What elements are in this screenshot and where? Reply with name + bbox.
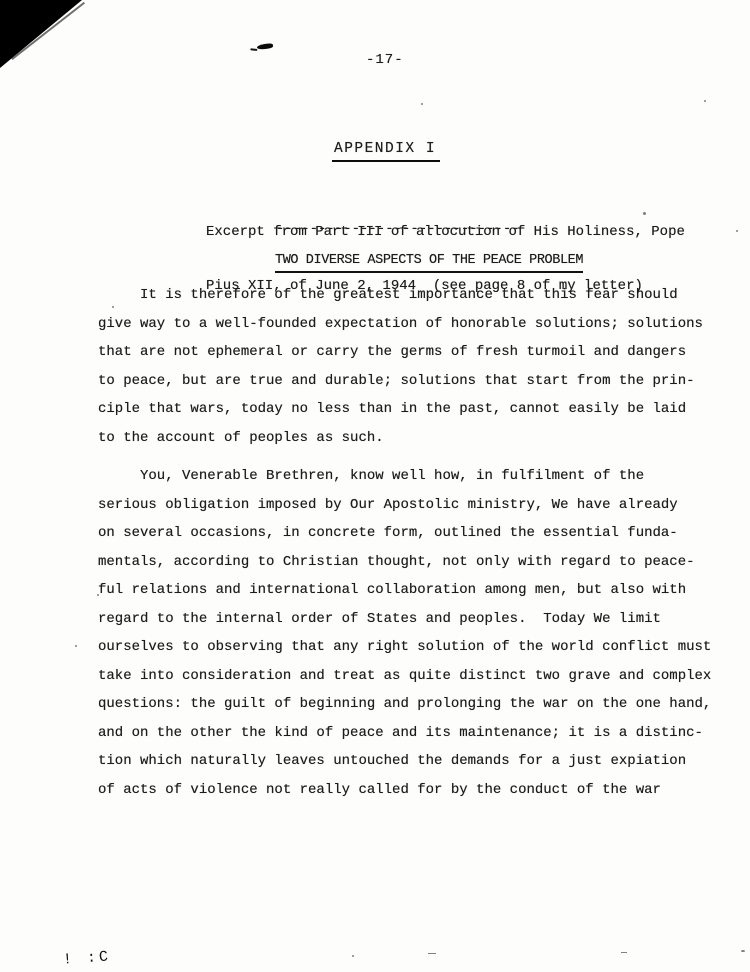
scan-speck [97, 594, 99, 596]
scan-speck [741, 950, 745, 952]
text-line: take into consideration and treat as qui… [98, 662, 738, 691]
page-number: -17- [366, 52, 404, 68]
scan-speck [183, 347, 185, 349]
scanned-document-page: -17- APPENDIX I Excerpt from Part III of… [0, 0, 750, 972]
scan-speck [704, 100, 706, 102]
text-line: questions: the guilt of beginning and pr… [98, 690, 738, 719]
text-line: mentals, according to Christian thought,… [98, 548, 738, 577]
text-line: to peace, but are true and durable; solu… [98, 367, 738, 396]
text-line: ourselves to observing that any right so… [98, 633, 738, 662]
text-line: serious obligation imposed by Our Aposto… [98, 491, 738, 520]
typed-dashed-rule: ----------------------------- [276, 221, 520, 237]
text-line: ful relations and international collabor… [98, 576, 738, 605]
scan-speck [621, 952, 627, 953]
section-title: TWO DIVERSE ASPECTS OF THE PEACE PROBLEM [275, 253, 583, 273]
text-line: regard to the internal order of States a… [98, 605, 738, 634]
scan-speck [428, 953, 436, 954]
body-paragraph: It is therefore of the greatest importan… [98, 281, 738, 452]
scan-speck [112, 306, 114, 308]
text-line: You, Venerable Brethren, know well how, … [98, 462, 738, 491]
text-line: of acts of violence not really called fo… [98, 776, 738, 805]
text-line: and on the other the kind of peace and i… [98, 719, 738, 748]
scan-speck [352, 955, 354, 957]
scan-speck [643, 212, 646, 215]
scan-speck [421, 103, 423, 105]
text-line: that are not ephemeral or carry the germ… [98, 338, 738, 367]
text-line: on several occasions, in concrete form, … [98, 519, 738, 548]
text-line: give way to a well-founded expectation o… [98, 310, 738, 339]
body-paragraph: You, Venerable Brethren, know well how, … [98, 462, 738, 804]
text-line: ciple that wars, today no less than in t… [98, 395, 738, 424]
text-line: to the account of peoples as such. [98, 424, 738, 453]
handwritten-margin-mark: ! :C [62, 948, 111, 968]
scan-speck [75, 645, 77, 647]
scan-speck [736, 230, 738, 232]
appendix-heading: APPENDIX I [332, 141, 440, 162]
text-line: tion which naturally leaves untouched th… [98, 747, 738, 776]
text-line: It is therefore of the greatest importan… [98, 281, 738, 310]
ink-smudge-mark [257, 43, 274, 50]
